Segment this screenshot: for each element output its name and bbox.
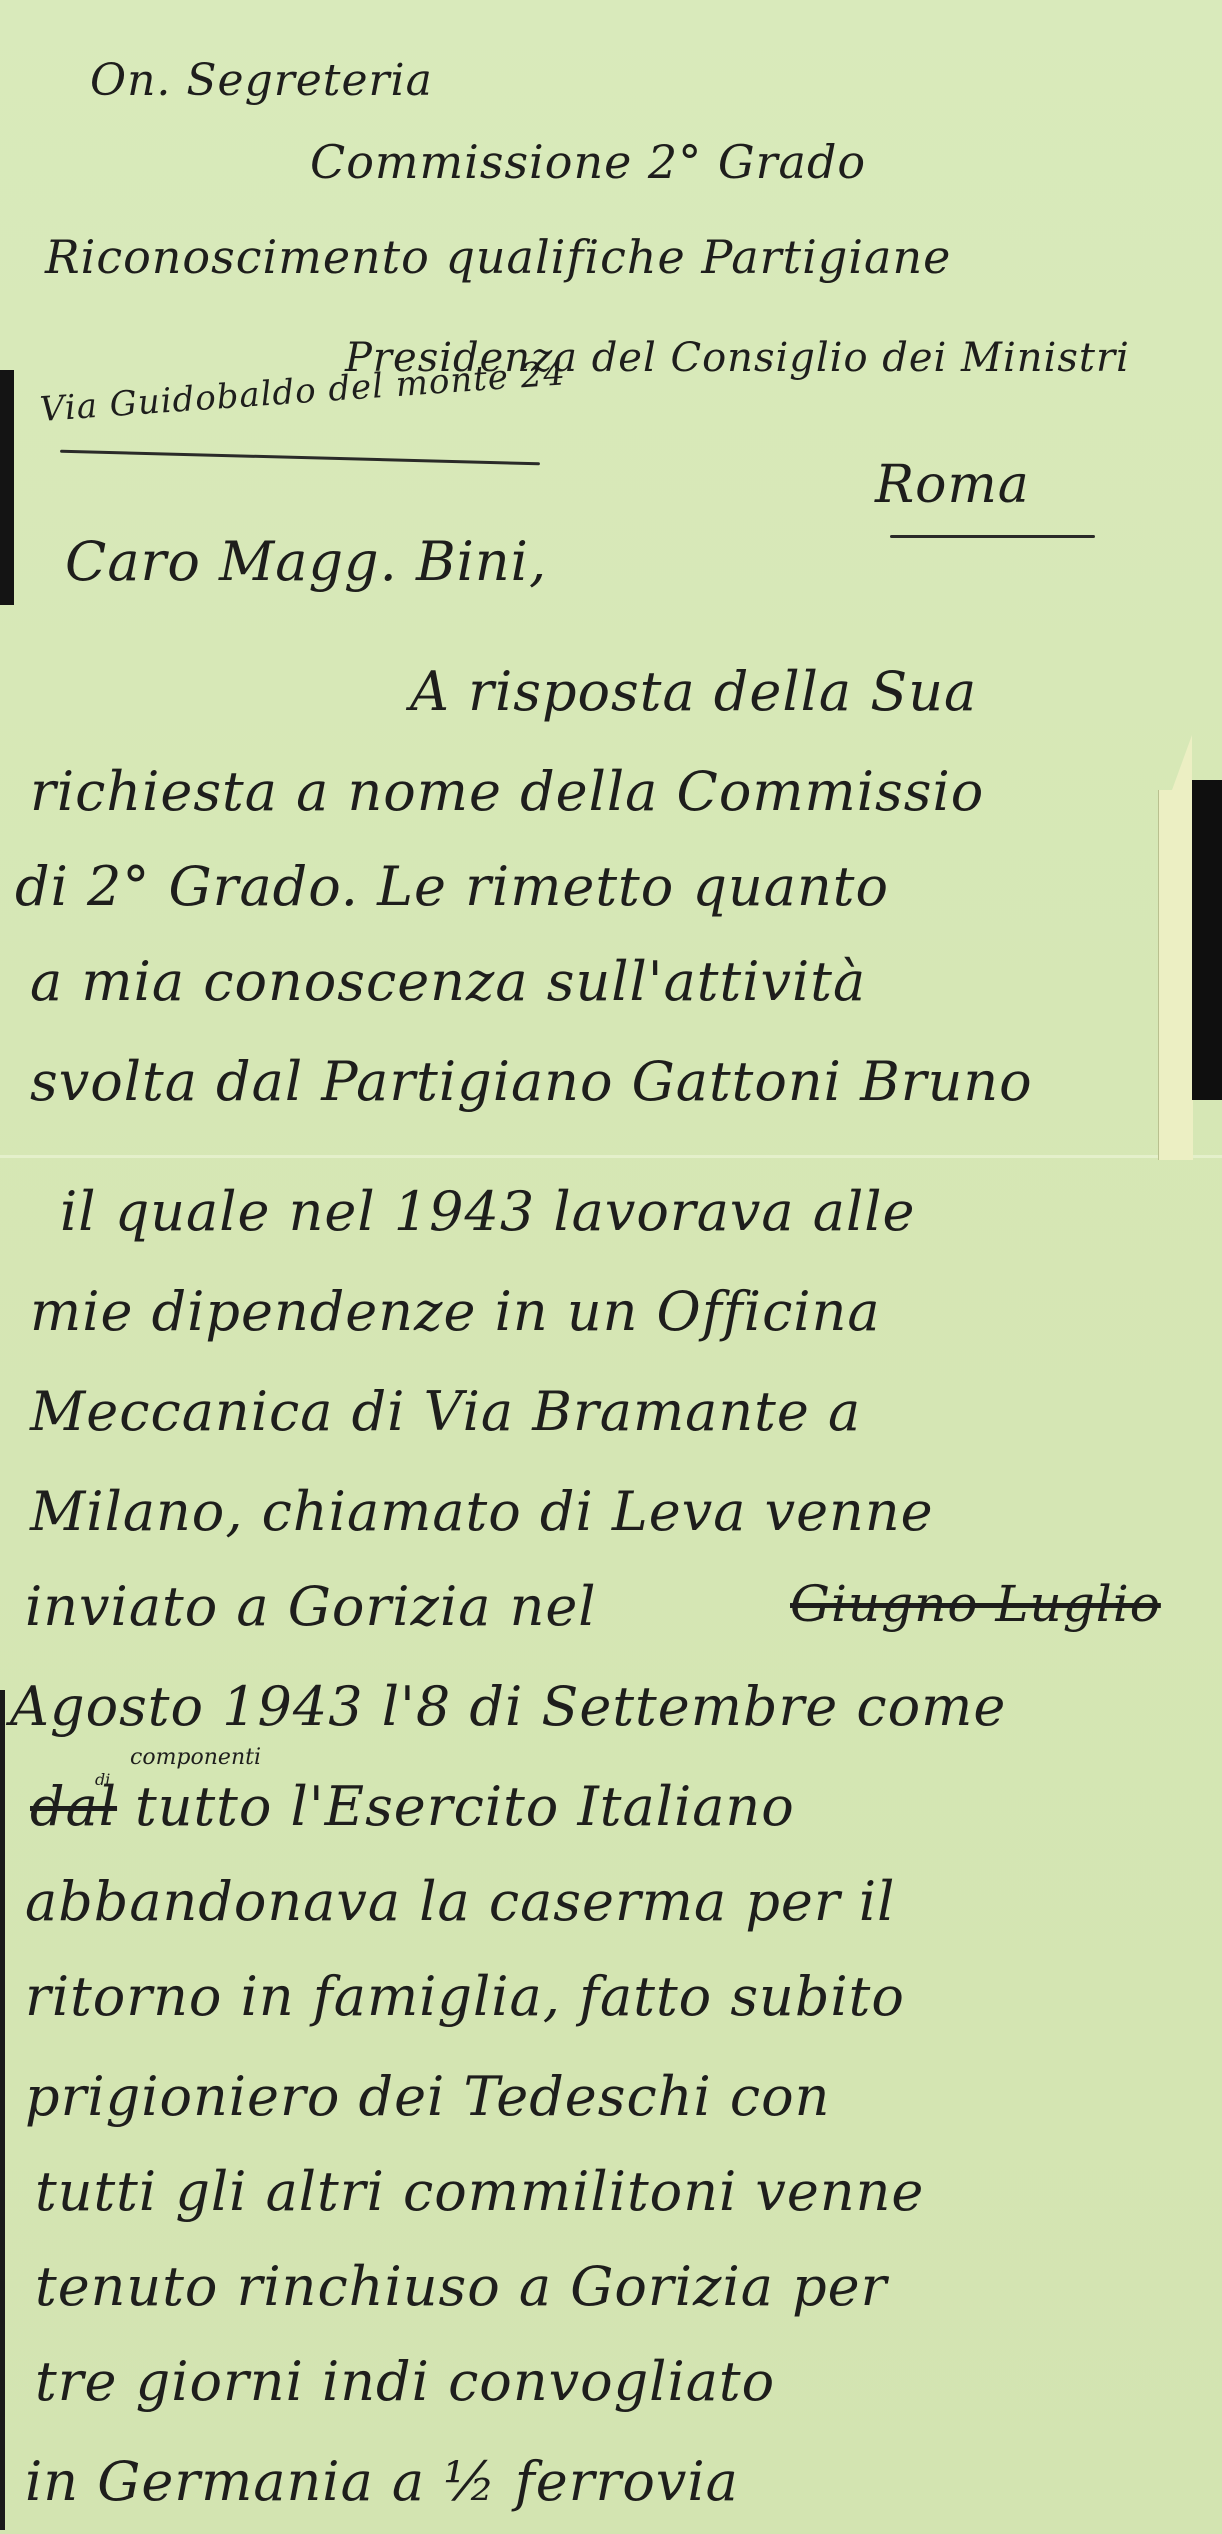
insertion-componenti: componenti bbox=[130, 1745, 261, 1770]
struck-out-months: Giugno Luglio bbox=[790, 1575, 1161, 1633]
body-line-6: il quale nel 1943 lavorava alle bbox=[60, 1180, 915, 1243]
body-line-8: Meccanica di Via Bramante a bbox=[30, 1380, 861, 1443]
city-name: Roma bbox=[875, 455, 1030, 515]
body-line-2: richiesta a nome della Commissio bbox=[30, 760, 984, 823]
addressee-line-3: Riconoscimento qualifiche Partigiane bbox=[45, 230, 951, 284]
body-line-12: tutto l'Esercito Italiano bbox=[135, 1775, 795, 1838]
body-line-4: a mia conoscenza sull'attività bbox=[30, 950, 866, 1013]
scan-edge-left bbox=[0, 1690, 5, 2530]
addressee-line-2: Commissione 2° Grado bbox=[310, 135, 866, 189]
body-line-17: tenuto rinchiuso a Gorizia per bbox=[35, 2255, 887, 2318]
body-line-3: di 2° Grado. Le rimetto quanto bbox=[15, 855, 889, 918]
paper-fold-crease bbox=[0, 1155, 1222, 1158]
body-line-13: abbandonava la caserma per il bbox=[25, 1870, 895, 1933]
body-line-19: in Germania a ½ ferrovia bbox=[25, 2450, 739, 2513]
body-line-5: svolta dal Partigiano Gattoni Bruno bbox=[30, 1050, 1033, 1113]
torn-paper-flap bbox=[1158, 790, 1193, 1160]
body-line-18: tre giorni indi convogliato bbox=[35, 2350, 775, 2413]
body-line-14: ritorno in famiglia, fatto subito bbox=[25, 1965, 905, 2028]
city-underline bbox=[890, 535, 1095, 538]
body-line-1: A risposta della Sua bbox=[410, 660, 977, 723]
body-line-16: tutti gli altri commilitoni venne bbox=[35, 2160, 924, 2223]
scan-background-left bbox=[0, 370, 14, 605]
insertion-di: di bbox=[95, 1770, 110, 1789]
body-line-11: Agosto 1943 l'8 di Settembre come bbox=[10, 1675, 1006, 1738]
torn-paper-tip bbox=[1172, 735, 1192, 790]
body-line-15: prigioniero dei Tedeschi con bbox=[25, 2065, 830, 2128]
body-line-9: Milano, chiamato di Leva venne bbox=[30, 1480, 934, 1543]
scan-background-right bbox=[1192, 780, 1222, 1100]
salutation: Caro Magg. Bini, bbox=[65, 530, 547, 593]
body-line-7: mie dipendenze in un Officina bbox=[30, 1280, 881, 1343]
body-line-10: inviato a Gorizia nel bbox=[25, 1575, 597, 1638]
addressee-line-1: On. Segreteria bbox=[90, 55, 433, 106]
